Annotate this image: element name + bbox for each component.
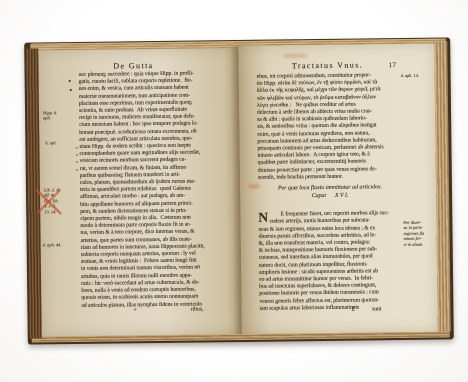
photo-background: De Gutta nec plerunq; succedere : quia v… [0,0,468,382]
right-running-head: Tractatus Vnus. [256,60,398,71]
left-page: De Gutta nec plerunq; succedere : quia v… [38,48,241,336]
plus-mark: + [133,307,136,313]
left-margin-note-2: 6. apl. [45,140,56,146]
red-crayon-x-mark [32,184,66,218]
chapter-text: E frequenter fieret, nec reperiri morbos… [258,210,388,311]
left-page-text: nec plerunq; succedere : quia vtique Hip… [79,70,238,310]
left-margin-note-1: Hipp. 6. aph. [43,110,57,121]
open-book: De Gutta nec plerunq; succedere : quia v… [24,37,454,344]
quotation-marks-column: ” ” ” ” [75,147,78,176]
drop-cap-initial: N [258,212,268,224]
right-page-text-block-2: NE frequenter fieret, nec reperiri morbo… [258,203,403,320]
rust-stain [282,53,308,58]
left-catchword: ribus, [191,306,204,312]
page-number: 17 [388,61,396,69]
right-page-text-block-1: ebus, tot corpori admouendum, constituit… [257,72,402,182]
left-page-bottom-line: + ribus, [81,306,237,316]
right-margin-note-side: Per diuer- sa in parte regiones fla mine… [403,220,424,247]
ink-spot [70,89,72,91]
right-margin-note-top: 4. aph. 14. [401,73,419,79]
section-heading-line2: Caput X V I. [312,193,349,199]
section-heading: Per quæ loca fluxio immittatur ad articu… [258,183,402,201]
right-page: Tractatus Vnus. 17 4. aph. 14. ebus, tot… [238,44,438,334]
section-heading-line1: Per quæ loca fluxio immittatur ad articu… [278,184,382,191]
ink-spot [69,80,71,82]
gathering-signature: E [351,307,355,313]
right-catchword: sunt [372,306,382,312]
left-margin-note-4: 4. aph. 44. [43,242,62,248]
